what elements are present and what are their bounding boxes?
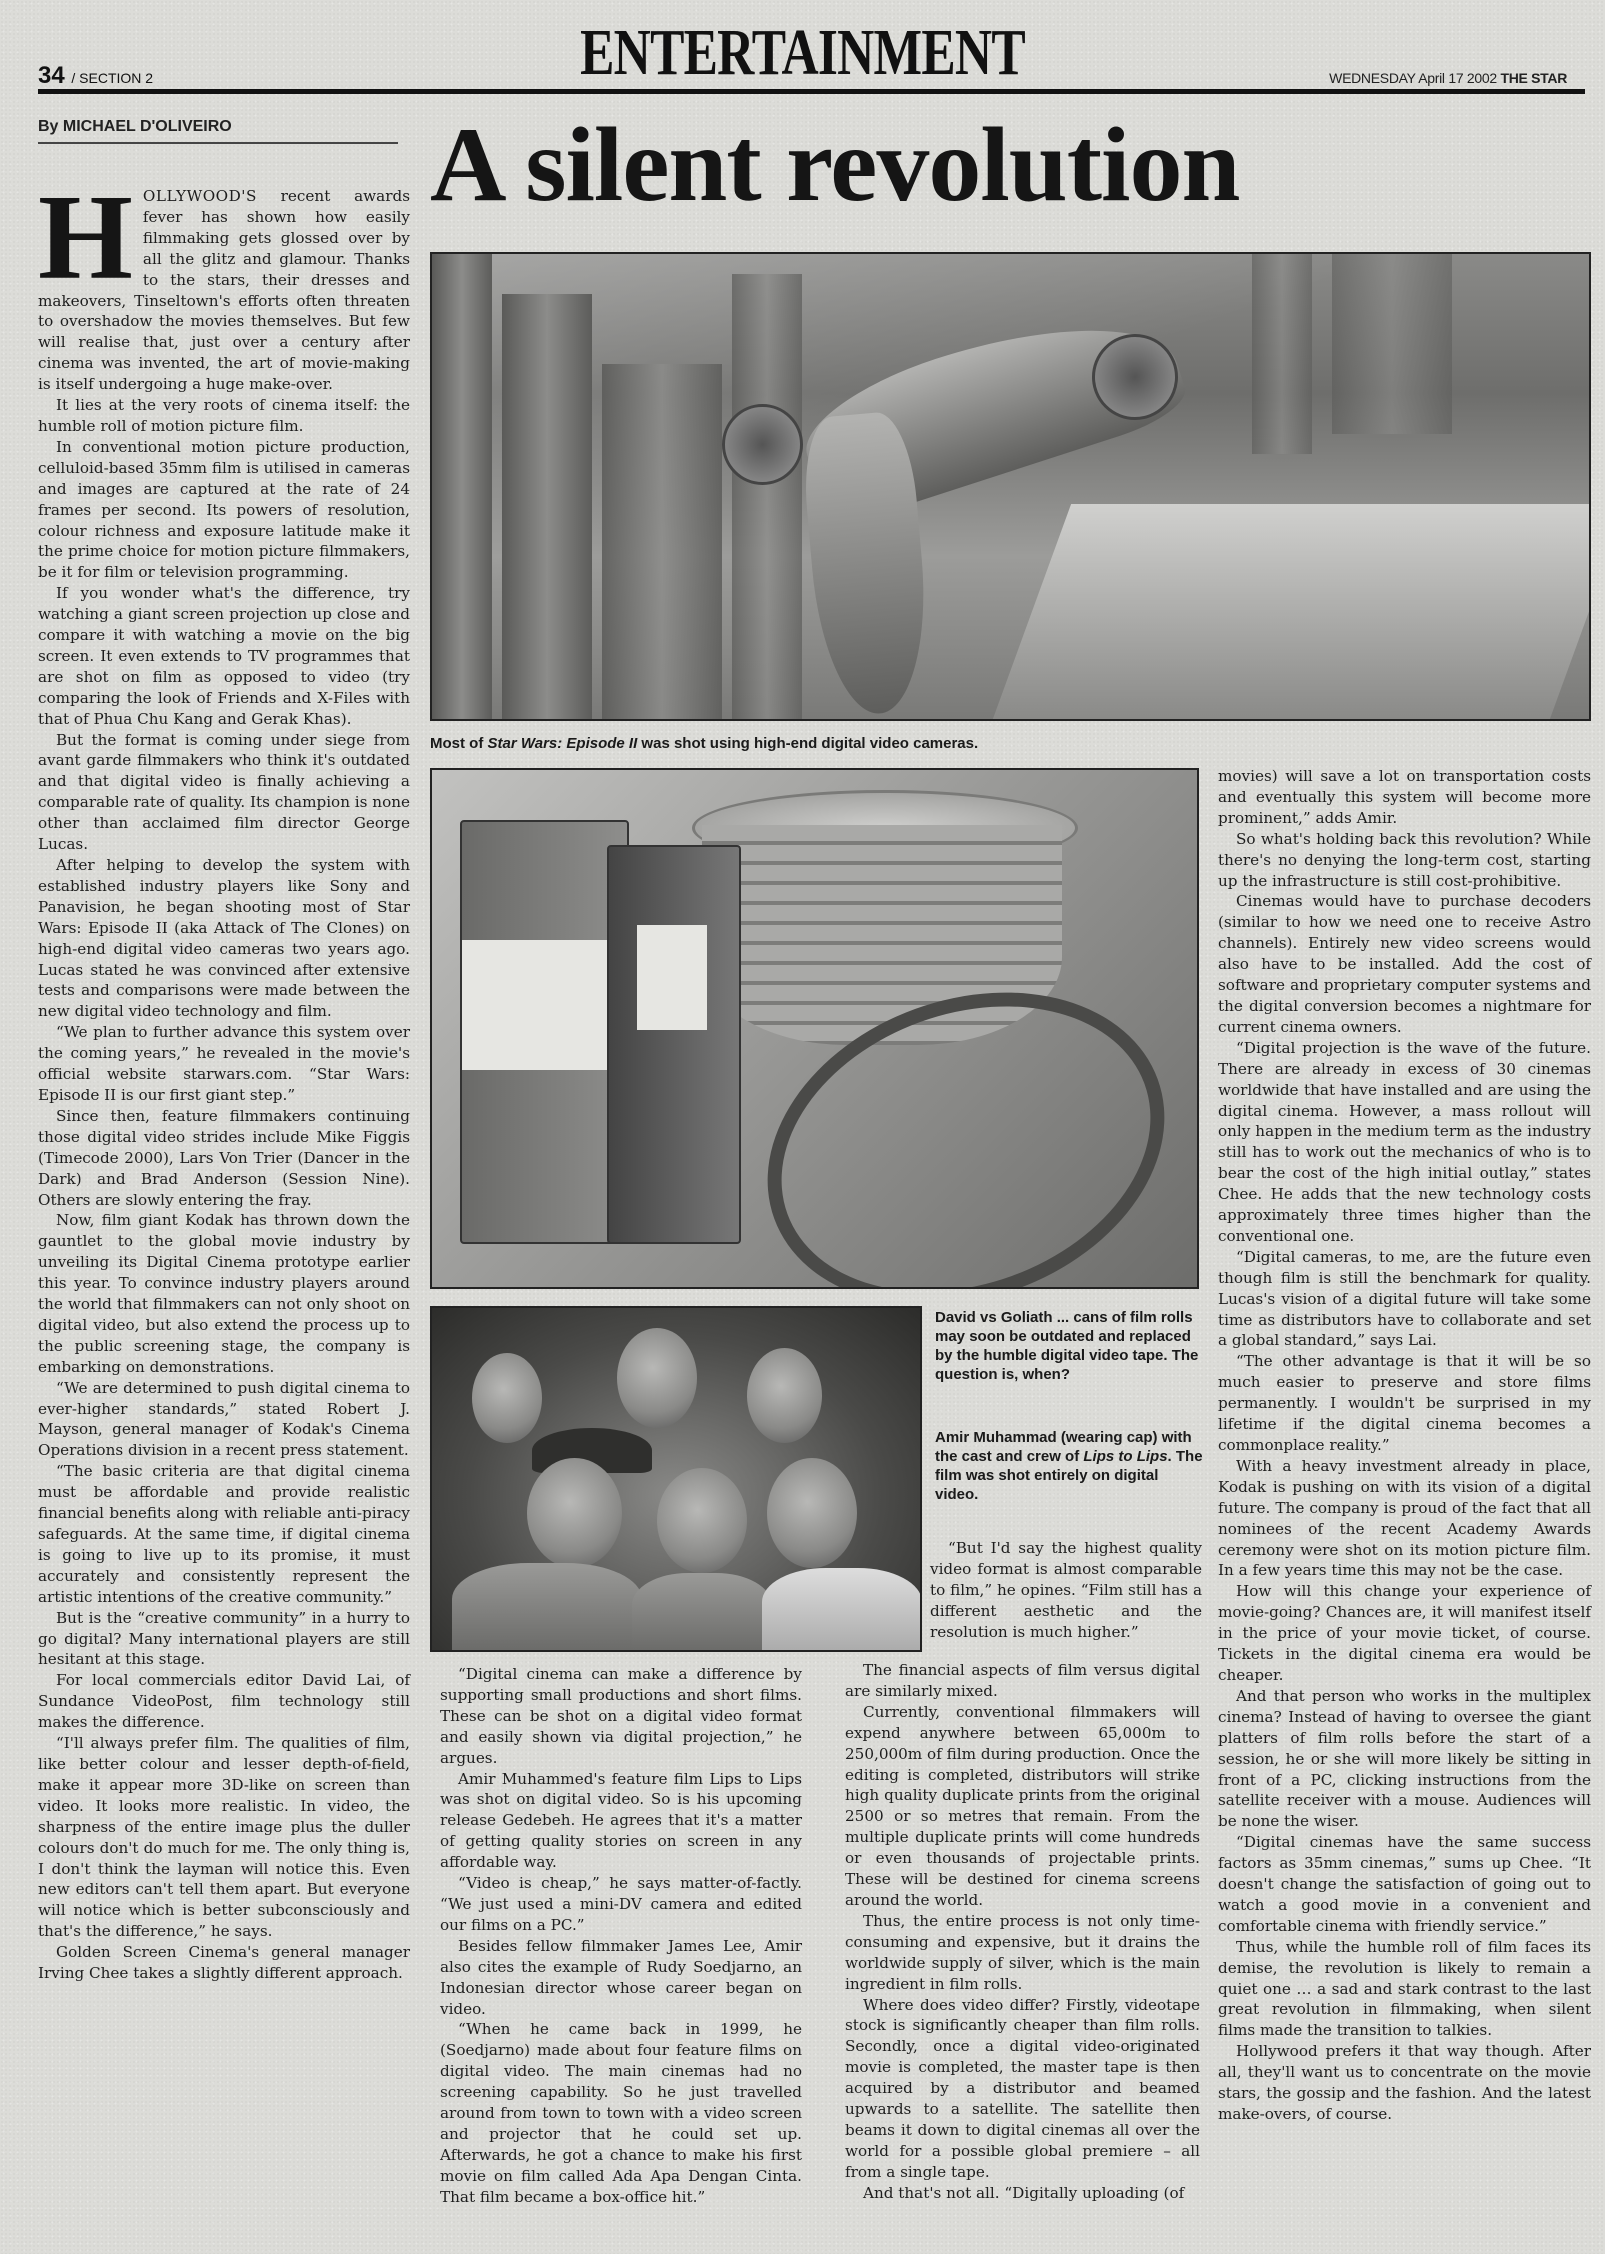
paragraph: “I'll always prefer film. The qualities … [38, 1733, 410, 1942]
paragraph: “When he came back in 1999, he (Soedjarn… [440, 2019, 802, 2207]
section-label: / SECTION 2 [71, 70, 153, 86]
building-shape [1332, 254, 1452, 434]
paragraph: Thus, while the humble roll of film face… [1218, 1937, 1591, 2042]
paragraph: “The basic criteria are that digital cin… [38, 1461, 410, 1607]
paragraph: “We plan to further advance this system … [38, 1022, 410, 1106]
headline: A silent revolution [430, 112, 1239, 218]
person-face [527, 1458, 622, 1568]
paragraph: “Video is cheap,” he says matter-of-fact… [440, 1873, 802, 1936]
article-column-3: The financial aspects of film versus dig… [845, 1660, 1200, 2204]
engine-pod [722, 404, 803, 485]
byline: By MICHAEL D'OLIVEIRO [38, 118, 398, 144]
star-wars-caption: Most of Star Wars: Episode II was shot u… [430, 734, 1230, 753]
paragraph: Now, film giant Kodak has thrown down th… [38, 1210, 410, 1377]
paragraph: After helping to develop the system with… [38, 855, 410, 1022]
lead-paragraph: HOLLYWOOD'S recent awards fever has show… [38, 186, 410, 395]
paragraph: “Digital projection is the wave of the f… [1218, 1038, 1591, 1247]
paragraph: Thus, the entire process is not only tim… [845, 1911, 1200, 1995]
paragraph: It lies at the very roots of cinema itse… [38, 395, 410, 437]
article-column-1: HOLLYWOOD'S recent awards fever has show… [38, 186, 410, 1984]
issue-date: WEDNESDAY April 17 2002 [1329, 70, 1497, 86]
paragraph: Since then, feature filmmakers continuin… [38, 1106, 410, 1211]
building-shape [732, 274, 802, 719]
person-face [767, 1458, 857, 1568]
paragraph: But is the “creative community” in a hur… [38, 1608, 410, 1671]
person-face [472, 1353, 542, 1443]
cast-and-crew-photo [430, 1306, 922, 1652]
paragraph: And that person who works in the multipl… [1218, 1686, 1591, 1832]
cast-caption: Amir Muhammad (wearing cap) with the cas… [935, 1428, 1205, 1504]
paragraph: “But I'd say the highest quality video f… [930, 1538, 1202, 1643]
paragraph: Currently, conventional filmmakers will … [845, 1702, 1200, 1911]
person-face [657, 1468, 747, 1573]
paragraph: Besides fellow filmmaker James Lee, Amir… [440, 1936, 802, 2020]
paragraph: In conventional motion picture productio… [38, 437, 410, 583]
tapes-caption: David vs Goliath ... cans of film rolls … [935, 1308, 1205, 1384]
article-column-2: “Digital cinema can make a difference by… [440, 1664, 802, 2208]
paragraph: For local commercials editor David Lai, … [38, 1670, 410, 1733]
masthead-rule [38, 89, 1585, 94]
paragraph: “We are determined to push digital cinem… [38, 1378, 410, 1462]
lead-smallcaps: OLLYWOOD'S [143, 187, 257, 205]
paragraph: Hollywood prefers it that way though. Af… [1218, 2041, 1591, 2125]
paragraph: “Digital cinema can make a difference by… [440, 1664, 802, 1769]
tape-label [462, 940, 624, 1070]
tapes-and-film-photo [430, 768, 1199, 1289]
paragraph: Where does video differ? Firstly, videot… [845, 1995, 1200, 2183]
caption-text: Most of [430, 735, 488, 752]
paragraph: So what's holding back this revolution? … [1218, 829, 1591, 892]
caption-text: was shot using high-end digital video ca… [637, 735, 978, 752]
paragraph: And that's not all. “Digitally uploading… [845, 2183, 1200, 2204]
person-face [747, 1348, 822, 1443]
page-number-value: 34 [38, 62, 65, 89]
paragraph: “The other advantage is that it will be … [1218, 1351, 1591, 1456]
paragraph: Amir Muhammed's feature film Lips to Lip… [440, 1769, 802, 1874]
landing-platform [993, 504, 1591, 719]
section-title: ENTERTAINMENT [177, 20, 1429, 86]
paragraph: But the format is coming under siege fro… [38, 730, 410, 855]
dateline: WEDNESDAY April 17 2002 THE STAR [1329, 70, 1567, 86]
article-column-4: movies) will save a lot on transportatio… [1218, 766, 1591, 2125]
article-column-3-top: “But I'd say the highest quality video f… [930, 1538, 1202, 1643]
building-shape [502, 294, 592, 719]
paragraph: Cinemas would have to purchase decoders … [1218, 891, 1591, 1037]
building-shape [432, 254, 492, 719]
paragraph: “Digital cameras, to me, are the future … [1218, 1247, 1591, 1352]
caption-title: Lips to Lips [1083, 1448, 1167, 1465]
building-shape [602, 364, 722, 719]
paper-name: THE STAR [1500, 70, 1567, 86]
engine-pod [1092, 334, 1178, 420]
person-body [452, 1563, 642, 1652]
paragraph: Golden Screen Cinema's general manager I… [38, 1942, 410, 1984]
page-number: 34 / SECTION 2 [38, 62, 153, 90]
paragraph: With a heavy investment already in place… [1218, 1456, 1591, 1581]
tape-label [637, 925, 707, 1030]
paragraph: The financial aspects of film versus dig… [845, 1660, 1200, 1702]
person-face [617, 1328, 697, 1428]
paragraph: How will this change your experience of … [1218, 1581, 1591, 1686]
star-wars-photo [430, 252, 1591, 721]
paragraph: movies) will save a lot on transportatio… [1218, 766, 1591, 829]
caption-title: Star Wars: Episode II [488, 735, 638, 752]
person-body [762, 1568, 922, 1652]
drop-cap: H [38, 192, 133, 284]
paragraph: If you wonder what's the difference, try… [38, 583, 410, 729]
digital-video-tape [607, 845, 741, 1244]
building-shape [1252, 254, 1312, 454]
paragraph: “Digital cinemas have the same success f… [1218, 1832, 1591, 1937]
person-body [632, 1573, 772, 1652]
